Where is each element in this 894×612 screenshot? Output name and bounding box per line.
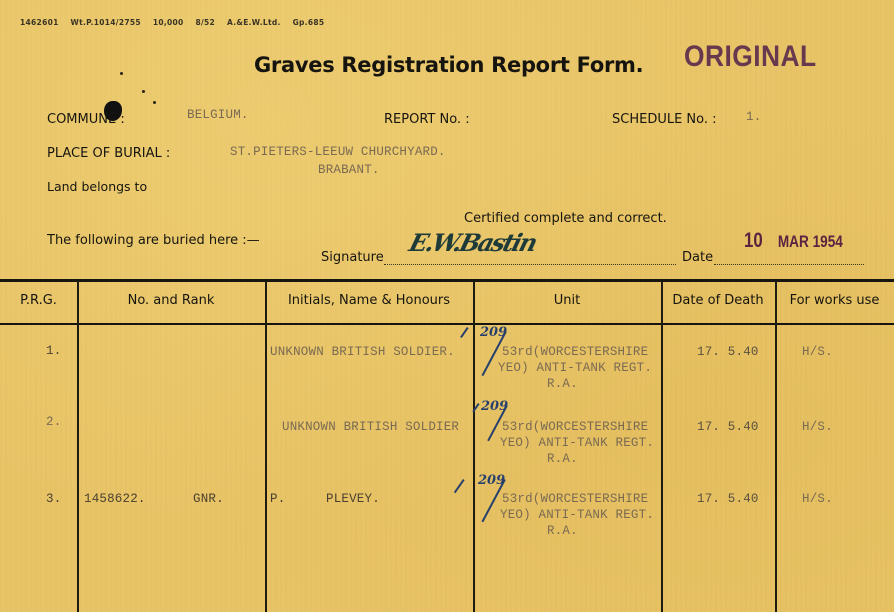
signature: E.W.Bastin xyxy=(406,228,539,257)
certified-text: Certified complete and correct. xyxy=(464,211,667,226)
schedule-no-value: 1. xyxy=(746,110,761,124)
land-belongs-label: Land belongs to xyxy=(47,179,147,194)
cell-date-of-death: 17. 5.40 xyxy=(697,492,759,506)
cell-unit-line2: YEO) ANTI-TANK REGT. xyxy=(498,361,652,375)
cell-rank: GNR. xyxy=(193,492,224,506)
cell-unit-line3: R.A. xyxy=(547,524,578,538)
schedule-no-label: SCHEDULE No. : xyxy=(612,112,717,127)
cell-date-of-death: 17. 5.40 xyxy=(697,420,759,434)
place-of-burial-line2: BRABANT. xyxy=(318,163,380,177)
cell-works-use: H/S. xyxy=(802,345,833,359)
table-header-rule xyxy=(0,323,894,325)
form-print-code: 1462601 Wt.P.1014/2755 10,000 8/52 A.&E.… xyxy=(20,18,324,27)
report-no-label: REPORT No. : xyxy=(384,112,470,127)
following-buried-text: The following are buried here :— xyxy=(47,233,260,248)
column-header-unit: Unit xyxy=(473,293,661,308)
column-divider xyxy=(473,281,475,612)
date-line xyxy=(714,264,864,265)
cell-unit-line3: R.A. xyxy=(547,452,578,466)
column-header-prg: P.R.G. xyxy=(0,293,77,308)
cell-unit-line2: YEO) ANTI-TANK REGT. xyxy=(500,436,654,450)
cell-prg: 1. xyxy=(46,344,61,358)
cell-unit-line3: R.A. xyxy=(547,377,578,391)
date-stamp-day: 10 xyxy=(744,229,763,252)
cell-name: UNKNOWN BRITISH SOLDIER xyxy=(282,420,459,434)
place-of-burial-line1: ST.PIETERS-LEEUW CHURCHYARD. xyxy=(230,145,446,159)
column-divider xyxy=(661,281,663,612)
ink-speck xyxy=(153,101,156,104)
cell-initials: P. xyxy=(270,492,285,506)
date-label: Date xyxy=(682,250,713,265)
column-header-date-of-death: Date of Death xyxy=(661,293,775,308)
column-divider xyxy=(77,281,79,612)
cell-date-of-death: 17. 5.40 xyxy=(697,345,759,359)
ink-speck xyxy=(142,90,145,93)
cell-works-use: H/S. xyxy=(802,420,833,434)
commune-value: BELGIUM. xyxy=(187,108,249,122)
ink-speck xyxy=(120,72,123,75)
column-divider xyxy=(265,281,267,612)
signature-label: Signature xyxy=(321,250,384,265)
signature-line xyxy=(384,264,676,265)
cell-unit-line1: 53rd(WORCESTERSHIRE xyxy=(502,492,648,506)
cell-name: UNKNOWN BRITISH SOLDIER. xyxy=(270,345,455,359)
column-header-works-use: For works use xyxy=(775,293,894,308)
date-stamp-month-year: MAR 1954 xyxy=(778,232,843,251)
form-title: Graves Registration Report Form. xyxy=(254,53,643,77)
cell-service-number: 1458622. xyxy=(84,492,146,506)
place-of-burial-label: PLACE OF BURIAL : xyxy=(47,146,170,161)
pencil-tick-mark xyxy=(460,327,468,338)
cell-prg: 2. xyxy=(46,415,61,429)
column-header-no-rank: No. and Rank xyxy=(77,293,265,308)
date-stamp: 10 MAR 1954 xyxy=(744,229,843,253)
cell-prg: 3. xyxy=(46,492,61,506)
cell-name: PLEVEY. xyxy=(326,492,380,506)
cell-unit-line2: YEO) ANTI-TANK REGT. xyxy=(500,508,654,522)
pencil-tick-mark xyxy=(454,479,464,493)
table-top-rule xyxy=(0,279,894,282)
cell-works-use: H/S. xyxy=(802,492,833,506)
original-stamp: ORIGINAL xyxy=(684,40,817,74)
column-header-name: Initials, Name & Honours xyxy=(265,293,473,308)
column-divider xyxy=(775,281,777,612)
cell-unit-line1: 53rd(WORCESTERSHIRE xyxy=(502,345,648,359)
burials-table: P.R.G. No. and Rank Initials, Name & Hon… xyxy=(0,279,894,612)
cell-unit-line1: 53rd(WORCESTERSHIRE xyxy=(502,420,648,434)
commune-label: COMMUNE : xyxy=(47,112,125,127)
